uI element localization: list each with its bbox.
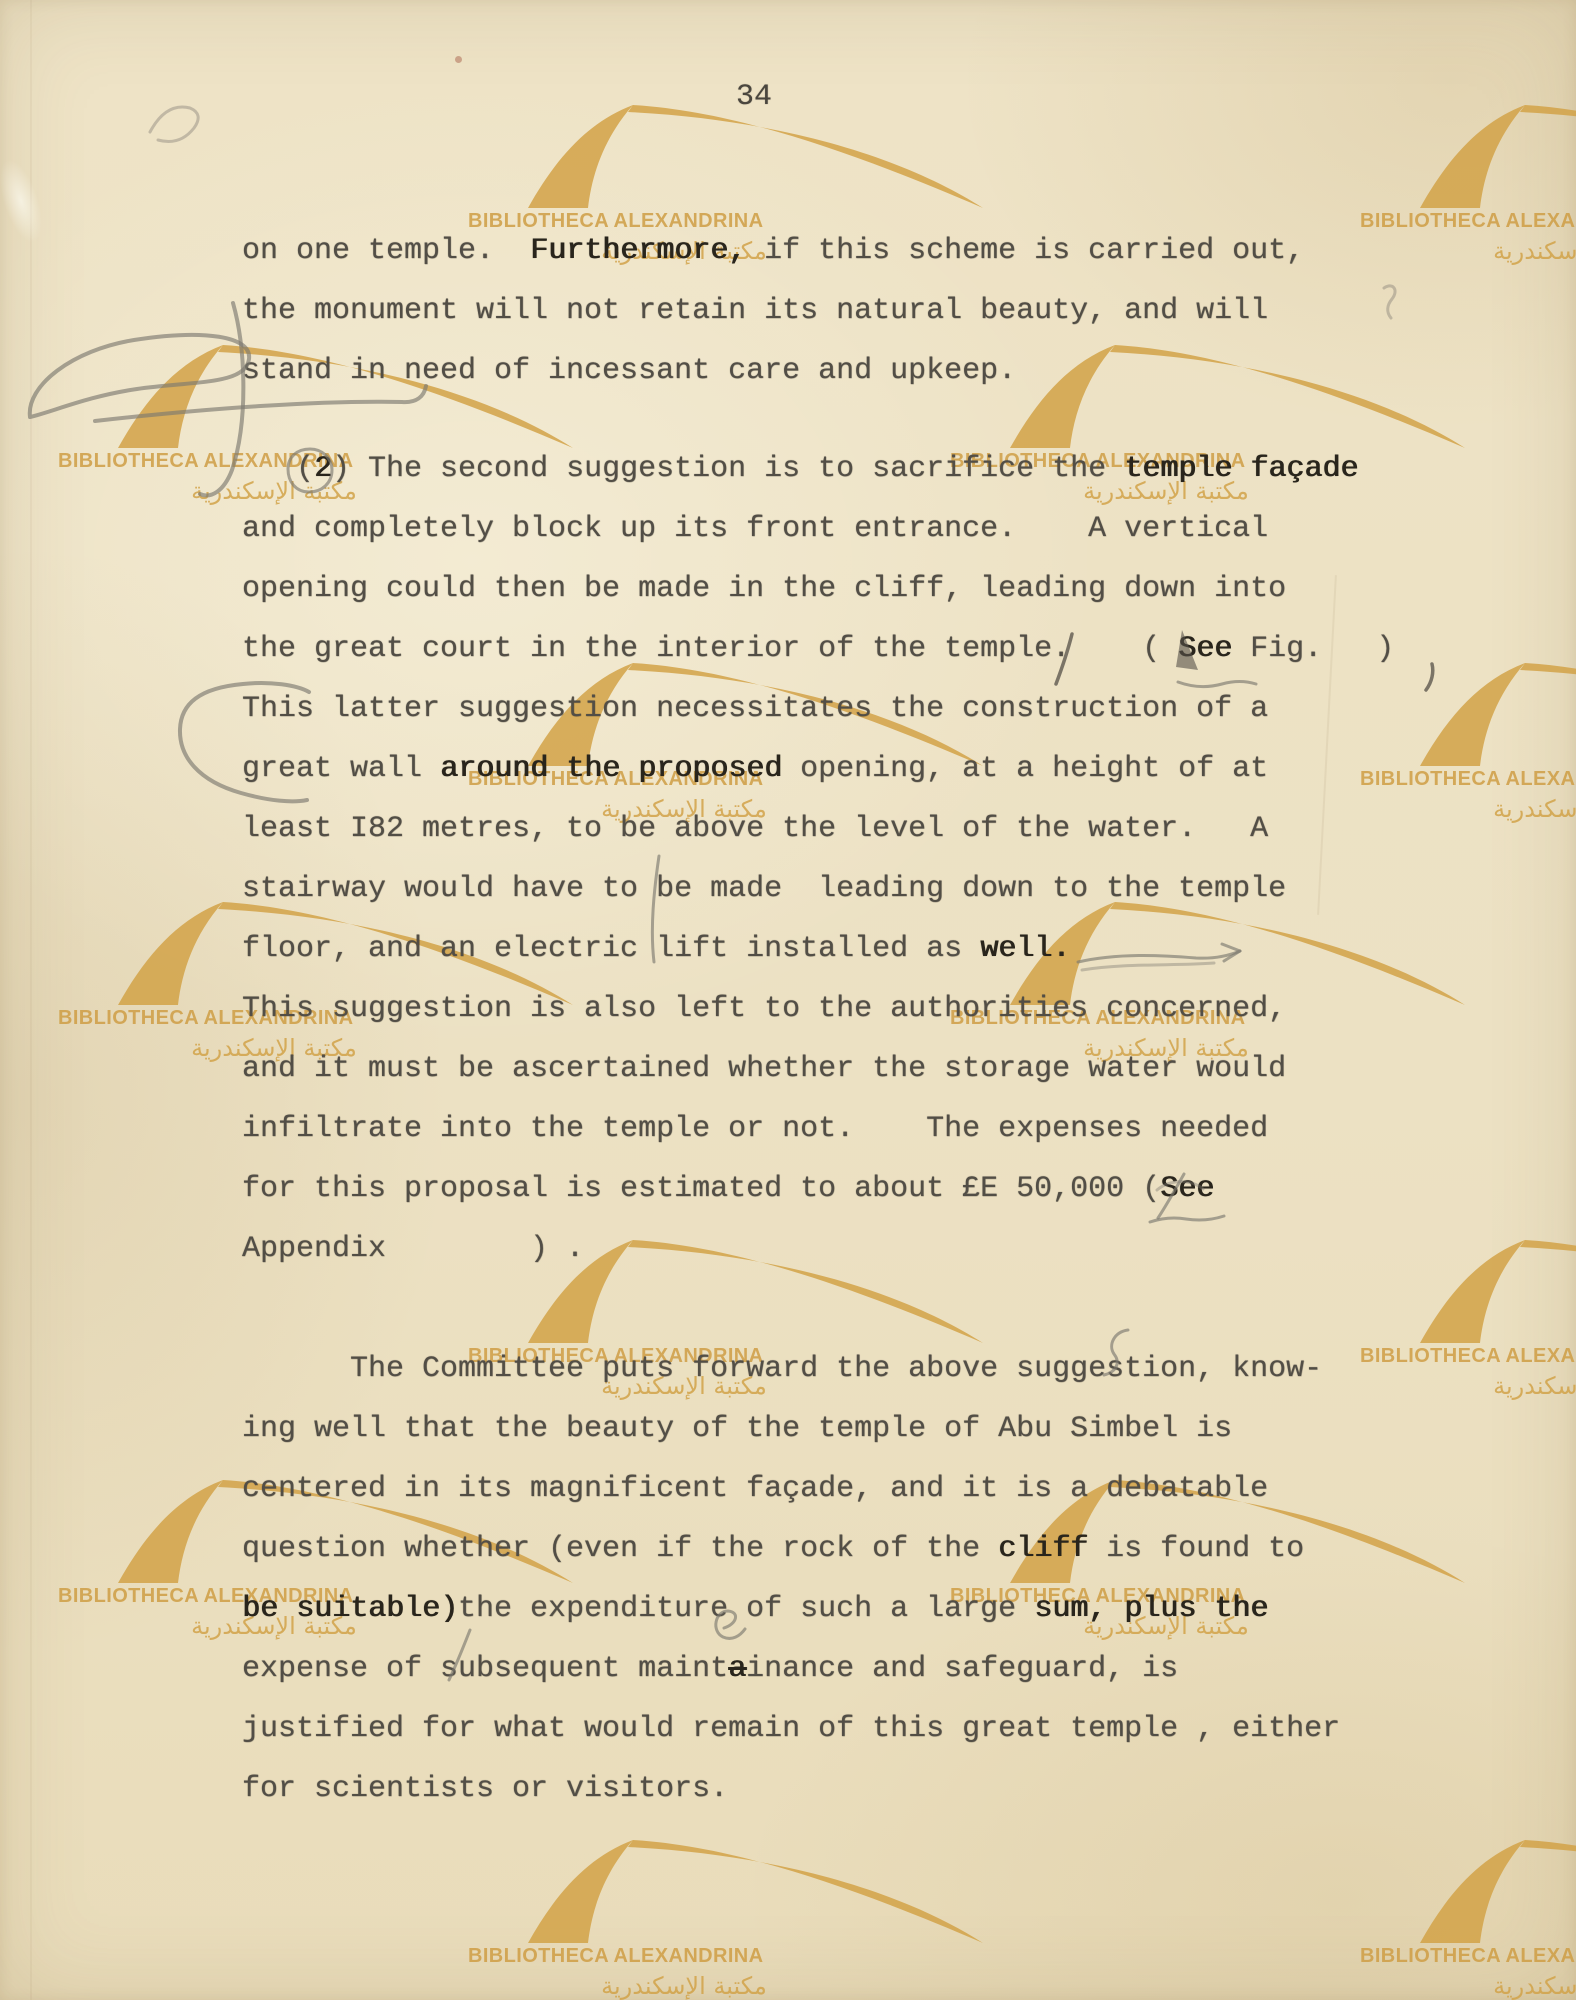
- word-separator-stroke: [652, 856, 659, 962]
- faint-nine: [1384, 286, 1395, 318]
- inserted-e: [716, 1611, 745, 1638]
- margin-lasso-tail: [95, 386, 426, 421]
- trailing-arrow-shadow: [1082, 963, 1214, 970]
- see-appendix-underline: [1150, 1216, 1224, 1222]
- circled-2: [288, 449, 332, 492]
- paragraph-bracket: [180, 683, 309, 801]
- margin-lasso-cross: [200, 303, 243, 495]
- scanned-document-page: BIBLIOTHECA ALEXANDRINAمكتبة الإسكندريةB…: [0, 0, 1576, 2000]
- margin-lasso: [30, 335, 249, 417]
- temple-slash: [1056, 634, 1072, 684]
- pencil-annotation-layer: [0, 0, 1576, 2000]
- trailing-arrow-head: [1222, 944, 1240, 961]
- see-appendix-curve: [1157, 1182, 1203, 1190]
- comma-slash: [449, 1630, 470, 1680]
- see-fig-emphasis: [1176, 630, 1198, 670]
- inserted-s: [1104, 1330, 1128, 1375]
- paren-comma: [1426, 664, 1433, 690]
- trailing-arrow: [1078, 951, 1240, 962]
- corner-scribble: [150, 107, 198, 142]
- see-fig-underline: [1178, 682, 1256, 687]
